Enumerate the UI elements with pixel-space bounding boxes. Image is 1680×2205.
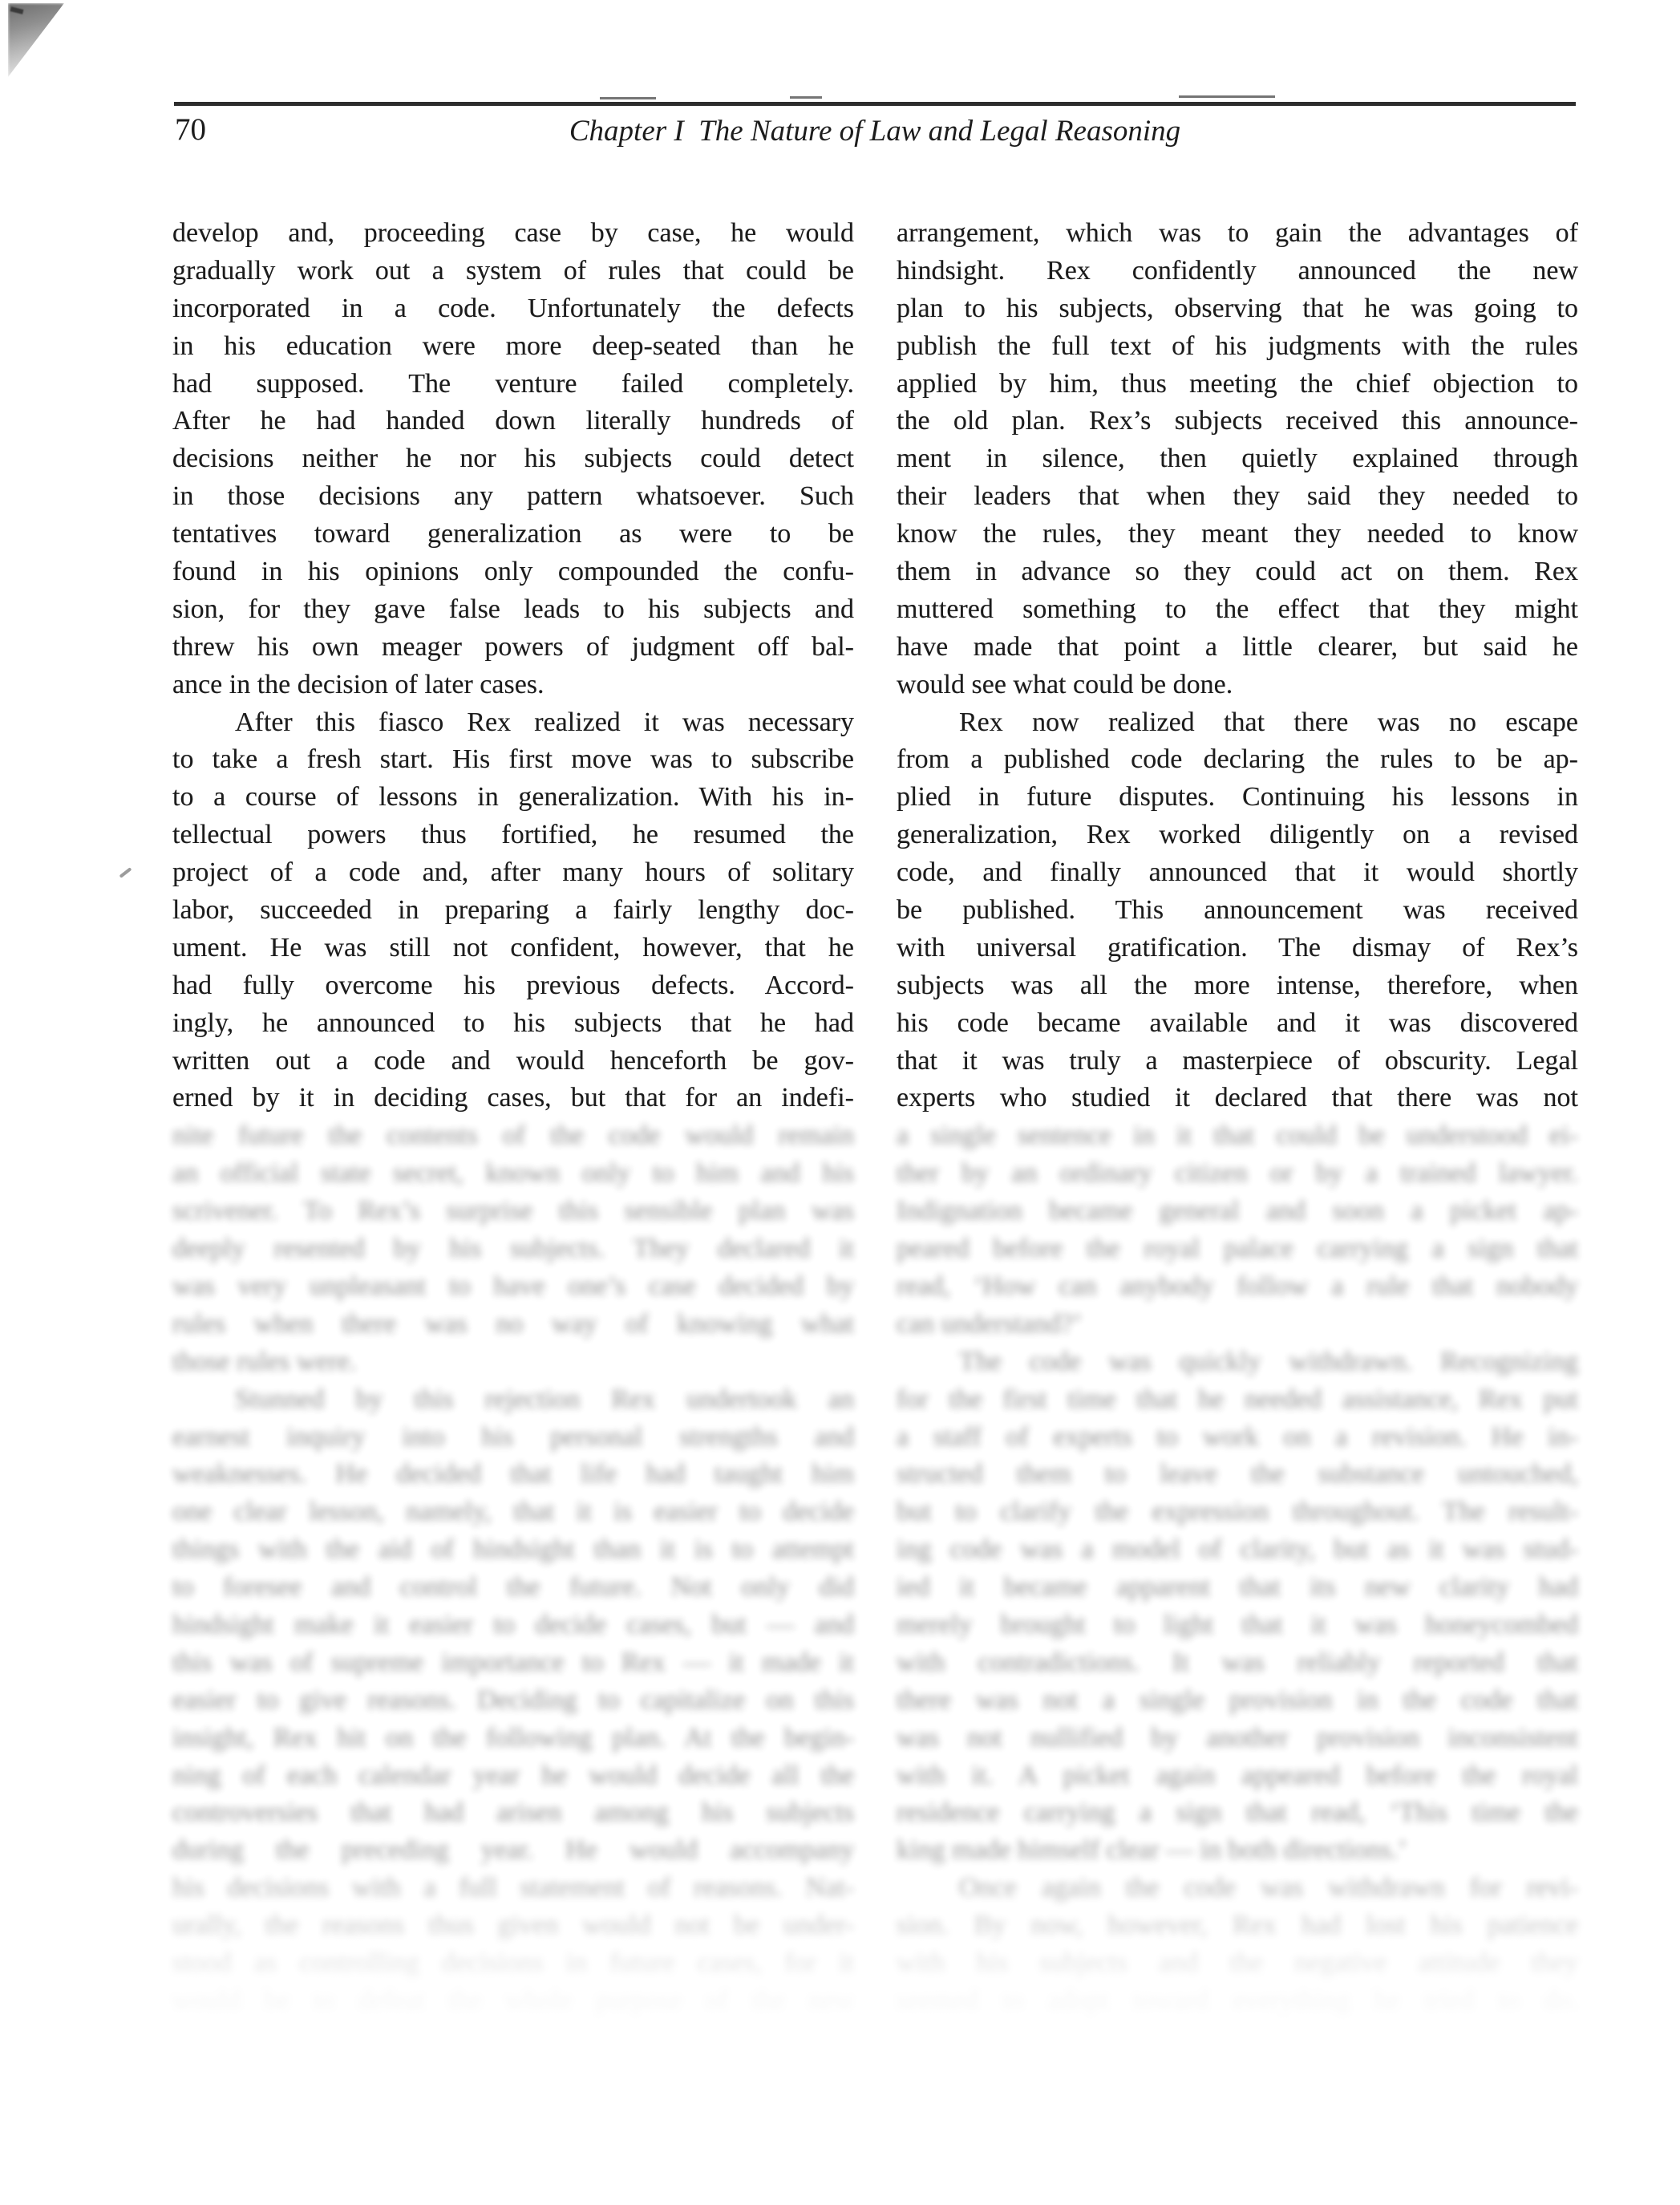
- text-line: arrangement, which was to gain the advan…: [897, 215, 1578, 253]
- blurred-text-line: insight, Rex hit on the following plan. …: [172, 1720, 854, 1757]
- text-line: applied by him, thus meeting the chief o…: [897, 366, 1578, 403]
- blurred-text-line: ning of each calendar year he would deci…: [172, 1757, 854, 1795]
- text-line: in those decisions any pattern whatsoeve…: [172, 478, 854, 516]
- blurred-text-line: controversies that had arisen among his …: [172, 1794, 854, 1832]
- text-line: had fully overcome his previous defects.…: [172, 967, 854, 1005]
- left-column-blurred-text: nite future the contents of the code wou…: [172, 1117, 854, 2020]
- blurred-text-line: but to clarify the expression throughout…: [897, 1494, 1578, 1531]
- blurred-text-line: king made himself clear — in both direct…: [897, 1832, 1578, 1870]
- text-line: decisions neither he nor his subjects co…: [172, 440, 854, 478]
- blurred-text-line: an official state secret, known only to …: [172, 1155, 854, 1193]
- text-line: threw his own meager powers of judgment …: [172, 629, 854, 667]
- scan-corner-artifact: [8, 3, 64, 77]
- text-line: with universal gratification. The dismay…: [897, 930, 1578, 967]
- blurred-text-line: a staff of experts to work on a revision…: [897, 1419, 1578, 1457]
- text-line: found in his opinions only compounded th…: [172, 553, 854, 591]
- blurred-text-line: hindsight make it easier to decide cases…: [172, 1607, 854, 1644]
- blurred-text-line: Once again the code was withdrawn for re…: [897, 1870, 1578, 1907]
- blurred-text-line: this was of supreme importance to Rex — …: [172, 1644, 854, 1682]
- text-line: ment in silence, then quietly explained …: [897, 440, 1578, 478]
- blurred-text-line: one clear lesson, namely, that it is eas…: [172, 1494, 854, 1531]
- text-line: their leaders that when they said they n…: [897, 478, 1578, 516]
- text-line: from a published code declaring the rule…: [897, 741, 1578, 779]
- blurred-text-line: there was not a single provision in the …: [897, 1682, 1578, 1720]
- blurred-text-line: peared before the royal palace carrying …: [897, 1230, 1578, 1268]
- text-line: sion, for they gave false leads to his s…: [172, 591, 854, 629]
- right-column: arrangement, which was to gain the advan…: [897, 215, 1578, 2021]
- text-line: them in advance so they could act on the…: [897, 553, 1578, 591]
- blurred-text-line: Stunned by this rejection Rex undertook …: [172, 1381, 854, 1419]
- text-line: After this fiasco Rex realized it was ne…: [172, 704, 854, 742]
- scanned-book-page: 70 Chapter I The Nature of Law and Legal…: [0, 0, 1680, 2205]
- header-rule: [174, 102, 1576, 106]
- text-line: ance in the decision of later cases.: [172, 667, 854, 704]
- blurred-text-line: ther by an ordinary citizen or by a trai…: [897, 1155, 1578, 1193]
- text-line: know the rules, they meant they needed t…: [897, 516, 1578, 553]
- margin-artifact: [119, 867, 132, 878]
- blurred-text-line: to foresee and control the future. Not o…: [172, 1569, 854, 1607]
- blurred-text-line: was not nullified by another provision i…: [897, 1720, 1578, 1757]
- text-line: plied in future disputes. Continuing his…: [897, 779, 1578, 817]
- blurred-text-line: read, ‘How can anybody follow a rule tha…: [897, 1268, 1578, 1306]
- blurred-text-line: stood as controlling decisions in future…: [172, 1945, 854, 1983]
- text-line: subjects was all the more intense, there…: [897, 967, 1578, 1005]
- left-column: develop and, proceeding case by case, he…: [172, 215, 854, 2021]
- text-line: to take a fresh start. His first move wa…: [172, 741, 854, 779]
- blurred-text-line: his decisions with a full statement of r…: [172, 1870, 854, 1907]
- text-line: develop and, proceeding case by case, he…: [172, 215, 854, 253]
- text-line: publish the full text of his judgments w…: [897, 328, 1578, 366]
- blurred-text-line: with contradictions. It was reliably rep…: [897, 1644, 1578, 1682]
- blurred-text-line: sion. By now, however, Rex had lost his …: [897, 1907, 1578, 1945]
- blurred-text-line: those rules were.: [172, 1344, 854, 1381]
- text-line: project of a code and, after many hours …: [172, 854, 854, 892]
- blurred-text-line: things with the aid of hindsight than it…: [172, 1531, 854, 1569]
- blurred-text-line: with his subjects and the negative attit…: [897, 1945, 1578, 1983]
- blurred-text-line: seemed to adopt toward everything he tri…: [897, 1983, 1578, 2021]
- text-line: would see what could be done.: [897, 667, 1578, 704]
- blurred-text-line: can understand?’: [897, 1306, 1578, 1344]
- right-column-blurred-text: a single sentence in it that could be un…: [897, 1117, 1578, 2020]
- text-line: hindsight. Rex confidently announced the…: [897, 253, 1578, 290]
- blurred-text-line: nite future the contents of the code wou…: [172, 1117, 854, 1155]
- blurred-text-line: scrivener. To Rex’s surprise this sensib…: [172, 1193, 854, 1230]
- text-line: to a course of lessons in generalization…: [172, 779, 854, 817]
- blurred-text-line: Indignation became general and soon a pi…: [897, 1193, 1578, 1230]
- text-line: tellectual powers thus fortified, he res…: [172, 817, 854, 854]
- text-line: be published. This announcement was rece…: [897, 892, 1578, 930]
- text-line: code, and finally announced that it woul…: [897, 854, 1578, 892]
- text-line: muttered something to the effect that th…: [897, 591, 1578, 629]
- right-column-legible-text: arrangement, which was to gain the advan…: [897, 215, 1578, 1117]
- scan-noise-tick: [600, 97, 656, 99]
- text-line: Rex now realized that there was no escap…: [897, 704, 1578, 742]
- blurred-text-line: during the preceding year. He would acco…: [172, 1832, 854, 1870]
- blurred-text-line: with it. A picket again appeared before …: [897, 1757, 1578, 1795]
- blurred-text-line: weaknesses. He decided that life had tau…: [172, 1456, 854, 1494]
- blurred-text-line: structed them to leave the substance unt…: [897, 1456, 1578, 1494]
- text-line: in his education were more deep-seated t…: [172, 328, 854, 366]
- blurred-text-line: was very unpleasant to have one’s case d…: [172, 1268, 854, 1306]
- text-line: gradually work out a system of rules tha…: [172, 253, 854, 290]
- blurred-text-line: rules when there was no way of knowing w…: [172, 1306, 854, 1344]
- scan-noise-tick: [790, 96, 822, 99]
- blurred-text-line: a single sentence in it that could be un…: [897, 1117, 1578, 1155]
- text-line: that it was truly a masterpiece of obscu…: [897, 1043, 1578, 1080]
- blurred-text-line: The code was quickly withdrawn. Recogniz…: [897, 1344, 1578, 1381]
- text-line: erned by it in deciding cases, but that …: [172, 1080, 854, 1117]
- text-line: plan to his subjects, observing that he …: [897, 290, 1578, 328]
- blurred-text-line: deeply resented by his subjects. They de…: [172, 1230, 854, 1268]
- text-line: his code became available and it was dis…: [897, 1005, 1578, 1043]
- text-line: the old plan. Rex’s subjects received th…: [897, 403, 1578, 440]
- text-line: tentatives toward generalization as were…: [172, 516, 854, 553]
- text-line: had supposed. The venture failed complet…: [172, 366, 854, 403]
- left-column-legible-text: develop and, proceeding case by case, he…: [172, 215, 854, 1117]
- text-line: After he had handed down literally hundr…: [172, 403, 854, 440]
- text-line: experts who studied it declared that the…: [897, 1080, 1578, 1117]
- blurred-text-line: for the first time that he needed assist…: [897, 1381, 1578, 1419]
- blurred-text-line: merely brought to light that it was hone…: [897, 1607, 1578, 1644]
- blurred-text-line: urally, the reasons thus given would not…: [172, 1907, 854, 1945]
- blurred-text-line: would be to defeat the whole purpose of …: [172, 1983, 854, 2021]
- chapter-header: Chapter I The Nature of Law and Legal Re…: [174, 116, 1576, 148]
- text-line: generalization, Rex worked diligently on…: [897, 817, 1578, 854]
- text-line: incorporated in a code. Unfortunately th…: [172, 290, 854, 328]
- blurred-text-line: earnest inquiry into his personal streng…: [172, 1419, 854, 1457]
- text-line: ument. He was still not confident, howev…: [172, 930, 854, 967]
- text-line: labor, succeeded in preparing a fairly l…: [172, 892, 854, 930]
- text-line: have made that point a little clearer, b…: [897, 629, 1578, 667]
- text-line: written out a code and would henceforth …: [172, 1043, 854, 1080]
- blurred-text-line: ing code was a model of clarity, but as …: [897, 1531, 1578, 1569]
- blurred-text-line: ied it became apparent that its new clar…: [897, 1569, 1578, 1607]
- blurred-text-line: easier to give reasons. Deciding to capi…: [172, 1682, 854, 1720]
- scan-noise-tick: [1179, 95, 1275, 98]
- text-line: ingly, he announced to his subjects that…: [172, 1005, 854, 1043]
- blurred-text-line: residence carrying a sign that read, ‘Th…: [897, 1794, 1578, 1832]
